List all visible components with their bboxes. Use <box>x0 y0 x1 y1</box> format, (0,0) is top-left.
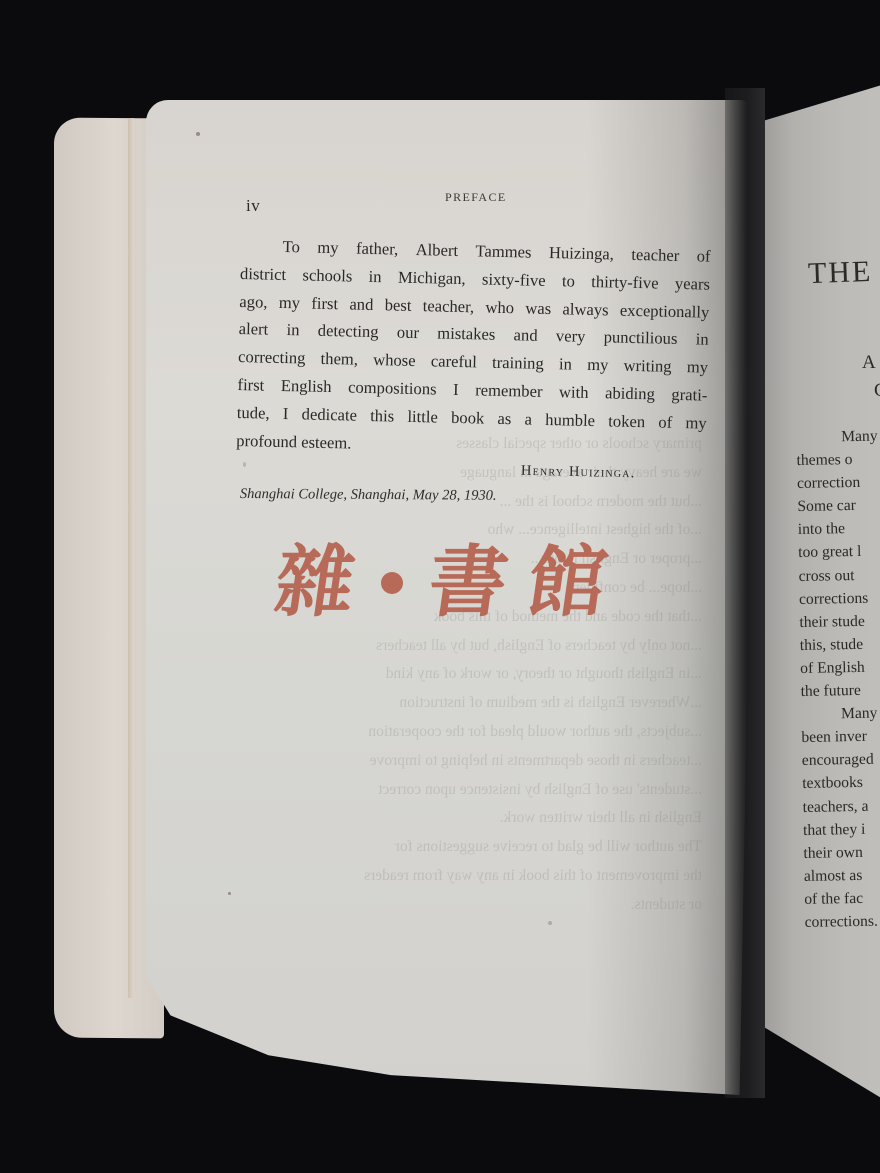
place-and-date: Shanghai College, Shanghai, May 28, 1930… <box>240 486 497 505</box>
paper-speck <box>243 462 246 467</box>
dedication-paragraph: Tomyfather,AlbertTammesHuizinga,teachero… <box>236 232 711 465</box>
book-gutter <box>725 88 765 1098</box>
bleed-line: ...teachers in those departments in help… <box>232 747 702 776</box>
body-line: textbooks <box>802 770 880 795</box>
bleed-line: the improvement of this book in any way … <box>232 862 702 891</box>
author-signature: Henry Huizinga. <box>521 463 636 483</box>
body-line: encouraged <box>802 747 880 772</box>
paper-speck <box>196 132 200 136</box>
body-line: almost as <box>804 863 880 888</box>
body-line: of English <box>800 655 880 680</box>
body-line: correction <box>797 470 880 495</box>
paper-speck <box>228 892 231 895</box>
watermark-stamp: 雜 書 館 <box>276 528 606 638</box>
bleed-line: ...subjects, the author would plead for … <box>232 718 702 747</box>
watermark-dot-icon <box>381 572 403 594</box>
body-line: corrections <box>799 586 880 611</box>
page-fold <box>128 118 134 998</box>
body-line: into the <box>798 516 880 541</box>
body-line: themes o <box>796 447 880 472</box>
bleed-line: ...students' use of English by insistenc… <box>232 776 702 805</box>
body-line: the future <box>800 678 880 703</box>
body-line: Many <box>796 424 880 449</box>
paper-speck <box>548 921 552 925</box>
watermark-char: 書 <box>424 544 513 622</box>
book-photo: primary schools or other special classes… <box>0 0 880 1173</box>
bleed-line: The author will be glad to receive sugge… <box>232 833 702 862</box>
watermark-char: 雜 <box>271 544 360 622</box>
right-page-title: THE <box>807 255 872 291</box>
body-line: too great l <box>798 539 880 564</box>
bleed-line: or students. <box>232 891 702 920</box>
body-line: that they i <box>803 816 880 841</box>
bleed-line: English in all their written work. <box>232 804 702 833</box>
right-page-subhead: C <box>874 380 880 402</box>
bleed-line: ...Wherever English is the medium of ins… <box>232 689 702 718</box>
body-line: corrections. <box>804 909 880 934</box>
body-line: Some car <box>797 493 880 518</box>
body-line: cross out <box>798 562 880 587</box>
right-page-body: Many themes o correction Some car into t… <box>796 424 880 934</box>
body-line: been inver <box>801 724 880 749</box>
body-line: their stude <box>799 609 880 634</box>
right-page-subhead: A <box>862 352 876 374</box>
body-line: this, stude <box>800 632 880 657</box>
body-line: Many <box>801 701 880 726</box>
watermark-char: 館 <box>522 544 611 622</box>
bleed-line: ...in English thought or theory, or work… <box>232 660 702 689</box>
page-number: iv <box>246 196 260 216</box>
body-line: of the fac <box>804 886 880 911</box>
running-head: PREFACE <box>445 190 507 205</box>
body-line: their own <box>803 840 880 865</box>
body-line: teachers, a <box>802 793 880 818</box>
